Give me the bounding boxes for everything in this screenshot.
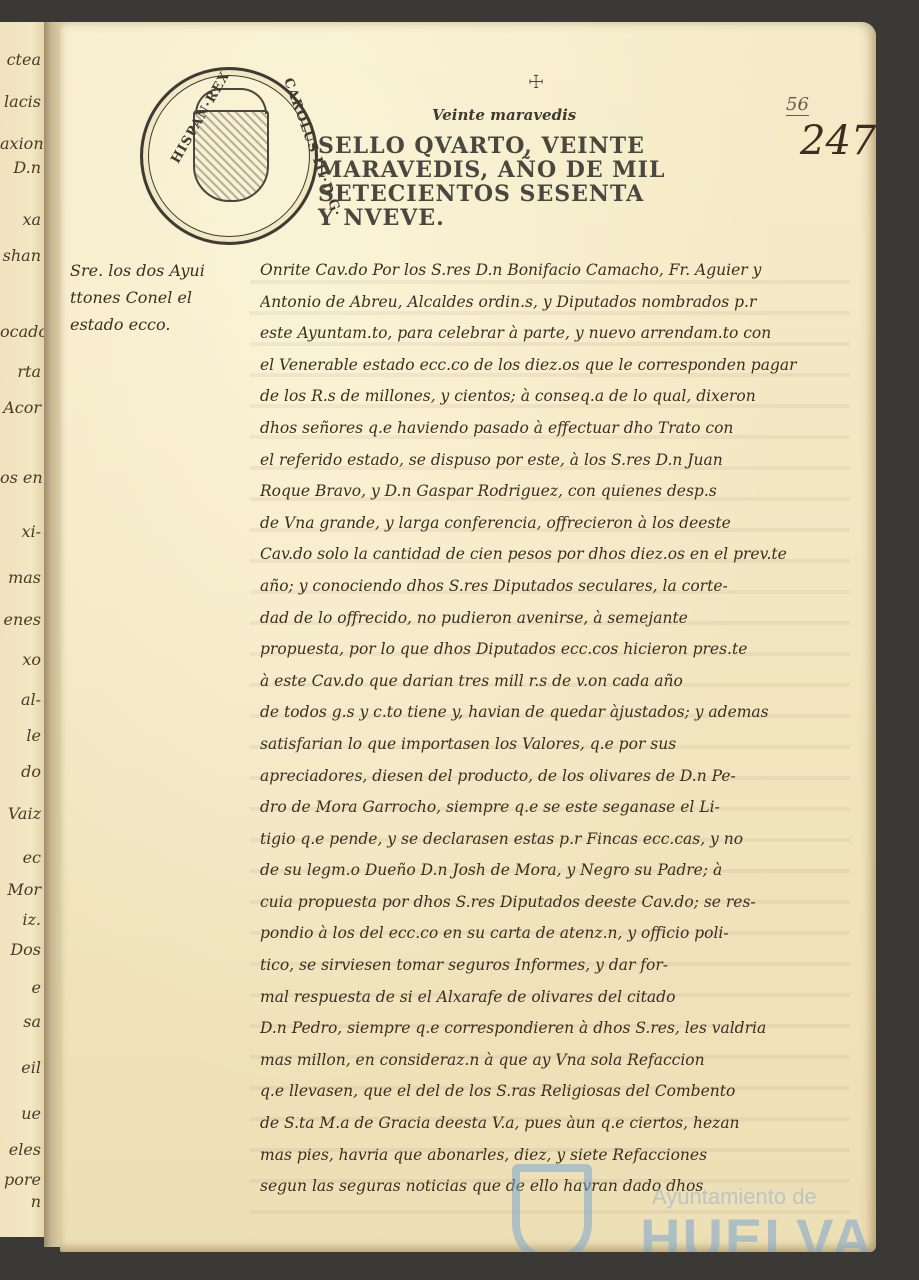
facing-page-fragment: Dos — [0, 940, 44, 959]
facing-page-fragment: xo — [0, 650, 44, 669]
text-line: propuesta, por lo que dhos Diputados ecc… — [260, 634, 870, 666]
text-line: mal respuesta de si el Alxarafe de oliva… — [260, 982, 870, 1014]
facing-page-fragment: ocado — [0, 322, 44, 341]
text-line: el Venerable estado ecc.co de los diez.o… — [260, 350, 870, 382]
facing-page-fragment: shan — [0, 246, 44, 265]
text-line: cuia propuesta por dhos S.res Diputados … — [260, 887, 870, 919]
facing-page-fragment: eil — [0, 1058, 44, 1077]
facing-page-fragment: le — [0, 726, 44, 745]
cross-mark-icon: ☩ — [528, 72, 544, 93]
stamp-line: MARAVEDIS, AÑO DE MIL — [318, 158, 665, 182]
archive-watermark: Ayuntamiento de HUELVA — [512, 1154, 876, 1252]
manuscript-page: HISPAN·REX CAROLUS·III·D·G· ☩ Veinte mar… — [60, 22, 876, 1252]
margin-note-line: Sre. los dos Ayui — [70, 257, 260, 284]
text-line: de todos g.s y c.to tiene y, havian de q… — [260, 697, 870, 729]
margin-note: Sre. los dos Ayui ttones Conel el estado… — [70, 257, 260, 338]
facing-page-fragment: eles — [0, 1140, 44, 1159]
facing-page-fragment: ec — [0, 848, 44, 867]
text-line: este Ayuntam.to, para celebrar à parte, … — [260, 318, 870, 350]
text-line: Onrite Cav.do Por los S.res D.n Bonifaci… — [260, 255, 870, 287]
facing-page-edge: ctea lacis axion D.n xa shan ocado rta A… — [0, 22, 45, 1237]
facing-page-fragment: do — [0, 762, 44, 781]
facing-page-fragment: pore — [0, 1170, 44, 1189]
royal-seal-stamp: HISPAN·REX CAROLUS·III·D·G· — [140, 67, 318, 245]
facing-page-fragment: al- — [0, 690, 44, 709]
manuscript-body: Onrite Cav.do Por los S.res D.n Bonifaci… — [260, 255, 870, 1203]
text-line: Roque Bravo, y D.n Gaspar Rodriguez, con… — [260, 476, 870, 508]
stamp-line: Y NVEVE. — [318, 206, 665, 230]
text-line: apreciadores, diesen del producto, de lo… — [260, 761, 870, 793]
facing-page-fragment: iz. — [0, 910, 44, 929]
facing-page-fragment: axion — [0, 134, 44, 153]
text-line: dhos señores q.e haviendo pasado à effec… — [260, 413, 870, 445]
stamp-line: SELLO QVARTO, VEINTE — [318, 134, 665, 158]
facing-page-fragment: ctea — [0, 50, 44, 69]
facing-page-fragment: sa — [0, 1012, 44, 1031]
facing-page-fragment: Mor — [0, 880, 44, 899]
text-line: q.e llevasen, que el del de los S.ras Re… — [260, 1076, 870, 1108]
text-line: dro de Mora Garrocho, siempre q.e se est… — [260, 792, 870, 824]
facing-page-fragment: os en — [0, 468, 44, 487]
facing-page-fragment: e — [0, 978, 44, 997]
margin-note-line: ttones Conel el — [70, 284, 260, 311]
facing-page-fragment: Acor — [0, 398, 44, 417]
stamped-paper-header: SELLO QVARTO, VEINTE MARAVEDIS, AÑO DE M… — [318, 134, 665, 230]
facing-page-fragment: D.n — [0, 158, 44, 177]
stamp-value-label: Veinte maravedis — [432, 106, 576, 124]
stamp-line: SETECIENTOS SESENTA — [318, 182, 665, 206]
text-line: Cav.do solo la cantidad de cien pesos po… — [260, 539, 870, 571]
text-line: tigio q.e pende, y se declarasen estas p… — [260, 824, 870, 856]
text-line: satisfarian lo que importasen los Valore… — [260, 729, 870, 761]
facing-page-fragment: xa — [0, 210, 44, 229]
text-line: mas millon, en consideraz.n à que ay Vna… — [260, 1045, 870, 1077]
facing-page-fragment: n — [0, 1192, 44, 1211]
text-line: de su legm.o Dueño D.n Josh de Mora, y N… — [260, 855, 870, 887]
text-line: pondio à los del ecc.co en su carta de a… — [260, 918, 870, 950]
folio-number-small: 56 — [786, 94, 809, 116]
facing-page-fragment: rta — [0, 362, 44, 381]
text-line: D.n Pedro, siempre q.e correspondieren à… — [260, 1013, 870, 1045]
folio-number: 247 — [800, 118, 876, 164]
facing-page-fragment: xi- — [0, 522, 44, 541]
text-line: de Vna grande, y larga conferencia, offr… — [260, 508, 870, 540]
text-line: año; y conociendo dhos S.res Diputados s… — [260, 571, 870, 603]
city-shield-icon — [512, 1164, 592, 1252]
text-line: de los R.s de millones, y cientos; à con… — [260, 381, 870, 413]
text-line: tico, se sirviesen tomar seguros Informe… — [260, 950, 870, 982]
text-line: à este Cav.do que darian tres mill r.s d… — [260, 666, 870, 698]
text-line: de S.ta M.a de Gracia deesta V.a, pues à… — [260, 1108, 870, 1140]
text-line: el referido estado, se dispuso por este,… — [260, 445, 870, 477]
text-line: Antonio de Abreu, Alcaldes ordin.s, y Di… — [260, 287, 870, 319]
facing-page-fragment: enes — [0, 610, 44, 629]
text-line: dad de lo offrecido, no pudieron avenirs… — [260, 603, 870, 635]
facing-page-fragment: lacis — [0, 92, 44, 111]
watermark-city: HUELVA — [640, 1206, 874, 1252]
facing-page-fragment: Vaiz — [0, 804, 44, 823]
margin-note-line: estado ecco. — [70, 311, 260, 338]
facing-page-fragment: ue — [0, 1104, 44, 1123]
facing-page-fragment: mas — [0, 568, 44, 587]
